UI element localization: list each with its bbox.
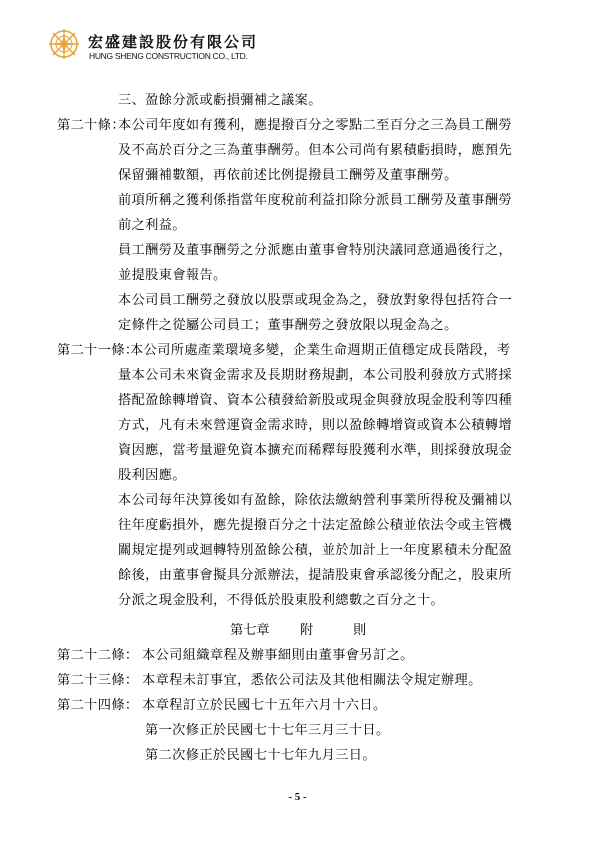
article-21-line: 餘後，由董事會擬具分派辦法，提請股東會承認後分配之，股東所 bbox=[118, 568, 512, 584]
chapter-title-char-1: 附 bbox=[300, 623, 313, 639]
company-logo-icon bbox=[48, 28, 80, 60]
article-21-line: 本公司所處產業環境多變，企業生命週期正值穩定成長階段，考 bbox=[130, 343, 510, 359]
article-20-line: 本公司年度如有獲利，應提撥百分之零點二至百分之三為員工酬勞 bbox=[118, 118, 512, 134]
article-21-line: 本公司每年決算後如有盈餘，除依法繳納營利事業所得稅及彌補以 bbox=[118, 493, 512, 509]
article-22-label: 第二十二條： bbox=[57, 648, 139, 664]
article-20-line: 定條件之從屬公司員工；董事酬勞之發放限以現金為之。 bbox=[118, 318, 458, 334]
amendment-1: 第一次修正於民國七十七年三月三十日。 bbox=[145, 723, 390, 739]
page-number: - 5 - bbox=[0, 791, 595, 803]
agenda-item-3: 三、盈餘分派或虧損彌補之議案。 bbox=[118, 93, 322, 109]
article-23-label: 第二十三條： bbox=[57, 673, 139, 689]
article-20-line: 並提股東會報告。 bbox=[118, 268, 227, 284]
chapter-number: 第七章 bbox=[230, 623, 270, 639]
amendment-2: 第二次修正於民國七十七年九月三日。 bbox=[145, 748, 376, 764]
article-20-line: 員工酬勞及董事酬勞之分派應由董事會特別決議同意通過後行之， bbox=[118, 243, 512, 259]
article-20-line: 保留彌補數額，再依前述比例提撥員工酬勞及董事酬勞。 bbox=[118, 168, 458, 184]
article-21-line: 資因應，當考量避免資本擴充而稀釋每股獲利水準，則採發放現金 bbox=[118, 443, 512, 459]
article-21-line: 分派之現金股利，不得低於股東股利總數之百分之十。 bbox=[118, 593, 444, 609]
article-21-label: 第二十一條： bbox=[57, 343, 139, 359]
company-name-en: HUNG SHENG CONSTRUCTION CO., LTD. bbox=[89, 51, 248, 61]
article-24-label: 第二十四條： bbox=[57, 698, 139, 714]
article-21-line: 股利因應。 bbox=[118, 468, 186, 484]
article-20-line: 及不高於百分之三為董事酬勞。但本公司尚有累積虧損時，應預先 bbox=[118, 143, 512, 159]
article-22-text: 本公司組織章程及辦事細則由董事會另訂之。 bbox=[142, 648, 414, 664]
article-24-text: 本章程訂立於民國七十五年六月十六日。 bbox=[142, 698, 387, 714]
article-20-line: 前之利益。 bbox=[118, 218, 186, 234]
article-21-line: 搭配盈餘轉增資、資本公積發給新股或現金與發放現金股利等四種 bbox=[118, 393, 512, 409]
company-name-cn: 宏盛建設股份有限公司 bbox=[88, 31, 258, 52]
article-23-text: 本章程未訂事宜，悉依公司法及其他相關法令規定辦理。 bbox=[142, 673, 482, 689]
article-21-line: 量本公司未來資金需求及長期財務規劃，本公司股利發放方式將採 bbox=[118, 368, 512, 384]
article-20-line: 本公司員工酬勞之發放以股票或現金為之，發放對象得包括符合一 bbox=[118, 293, 512, 309]
article-20-line: 前項所稱之獲利係指當年度稅前利益扣除分派員工酬勞及董事酬勞 bbox=[118, 193, 512, 209]
article-21-line: 關規定提列或迴轉特別盈餘公積，並於加計上一年度累積未分配盈 bbox=[118, 543, 512, 559]
chapter-title-char-2: 則 bbox=[353, 623, 366, 639]
article-21-line: 方式，凡有未來營運資金需求時，則以盈餘轉增資或資本公積轉增 bbox=[118, 418, 512, 434]
article-20-label: 第二十條： bbox=[57, 118, 125, 134]
article-21-line: 往年度虧損外，應先提撥百分之十法定盈餘公積並依法令或主管機 bbox=[118, 518, 512, 534]
